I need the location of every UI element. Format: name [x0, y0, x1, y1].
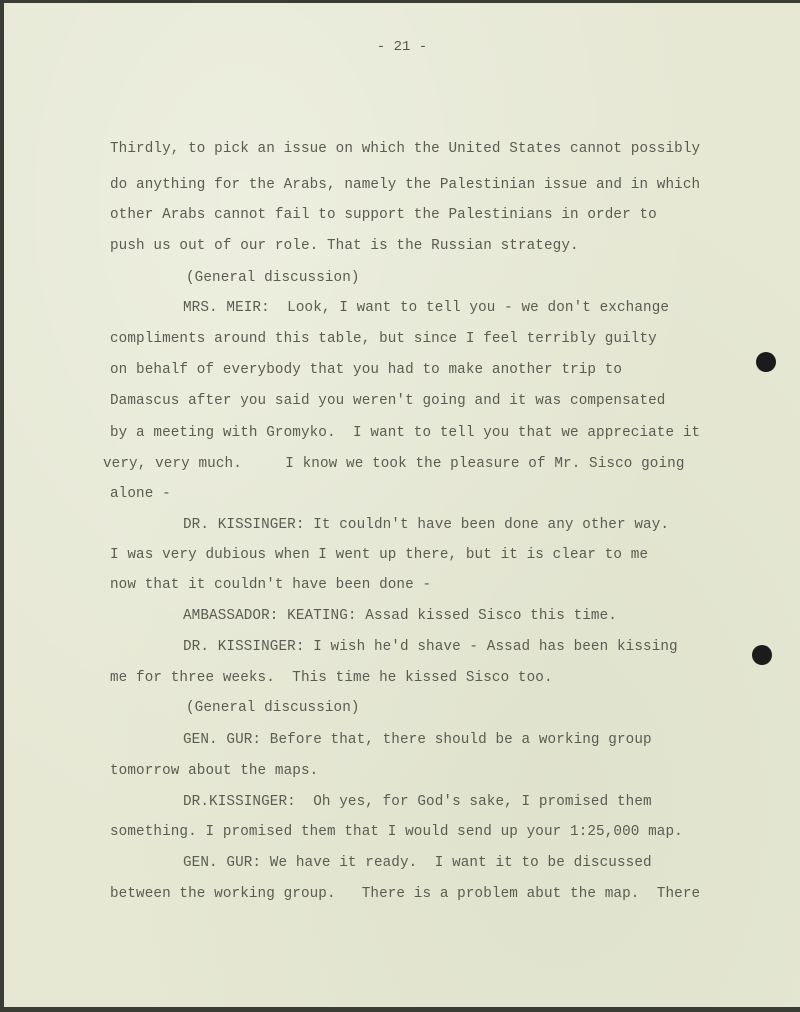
text-line: between the working group. There is a pr… [110, 886, 700, 902]
text-line: GEN. GUR: We have it ready. I want it to… [183, 855, 652, 871]
text-line: tomorrow about the maps. [110, 763, 318, 779]
binder-hole-icon [752, 645, 772, 665]
text-line: MRS. MEIR: Look, I want to tell you - we… [183, 300, 669, 316]
text-line: DR. KISSINGER: It couldn't have been don… [183, 517, 669, 533]
text-line: (General discussion) [186, 700, 360, 716]
text-line: DR. KISSINGER: I wish he'd shave - Assad… [183, 639, 678, 655]
page-number: - 21 - [4, 39, 800, 55]
text-line: me for three weeks. This time he kissed … [110, 670, 553, 686]
scanned-page: - 21 - Thirdly, to pick an issue on whic… [4, 3, 800, 1007]
text-line: now that it couldn't have been done - [110, 577, 431, 593]
text-line: do anything for the Arabs, namely the Pa… [110, 177, 700, 193]
binder-hole-icon [756, 352, 776, 372]
text-line: on behalf of everybody that you had to m… [110, 362, 622, 378]
text-line: something. I promised them that I would … [110, 824, 683, 840]
text-line: DR.KISSINGER: Oh yes, for God's sake, I … [183, 794, 652, 810]
text-line: Thirdly, to pick an issue on which the U… [110, 141, 700, 157]
text-line: Damascus after you said you weren't goin… [110, 393, 666, 409]
text-line: (General discussion) [186, 270, 360, 286]
text-line: GEN. GUR: Before that, there should be a… [183, 732, 652, 748]
text-line: AMBASSADOR: KEATING: Assad kissed Sisco … [183, 608, 617, 624]
text-line: by a meeting with Gromyko. I want to tel… [110, 425, 700, 441]
text-line: other Arabs cannot fail to support the P… [110, 207, 657, 223]
text-line: alone - [110, 486, 171, 502]
text-line: very, very much. I know we took the plea… [103, 456, 685, 472]
text-line: compliments around this table, but since… [110, 331, 657, 347]
text-line: push us out of our role. That is the Rus… [110, 238, 579, 254]
text-line: I was very dubious when I went up there,… [110, 547, 648, 563]
